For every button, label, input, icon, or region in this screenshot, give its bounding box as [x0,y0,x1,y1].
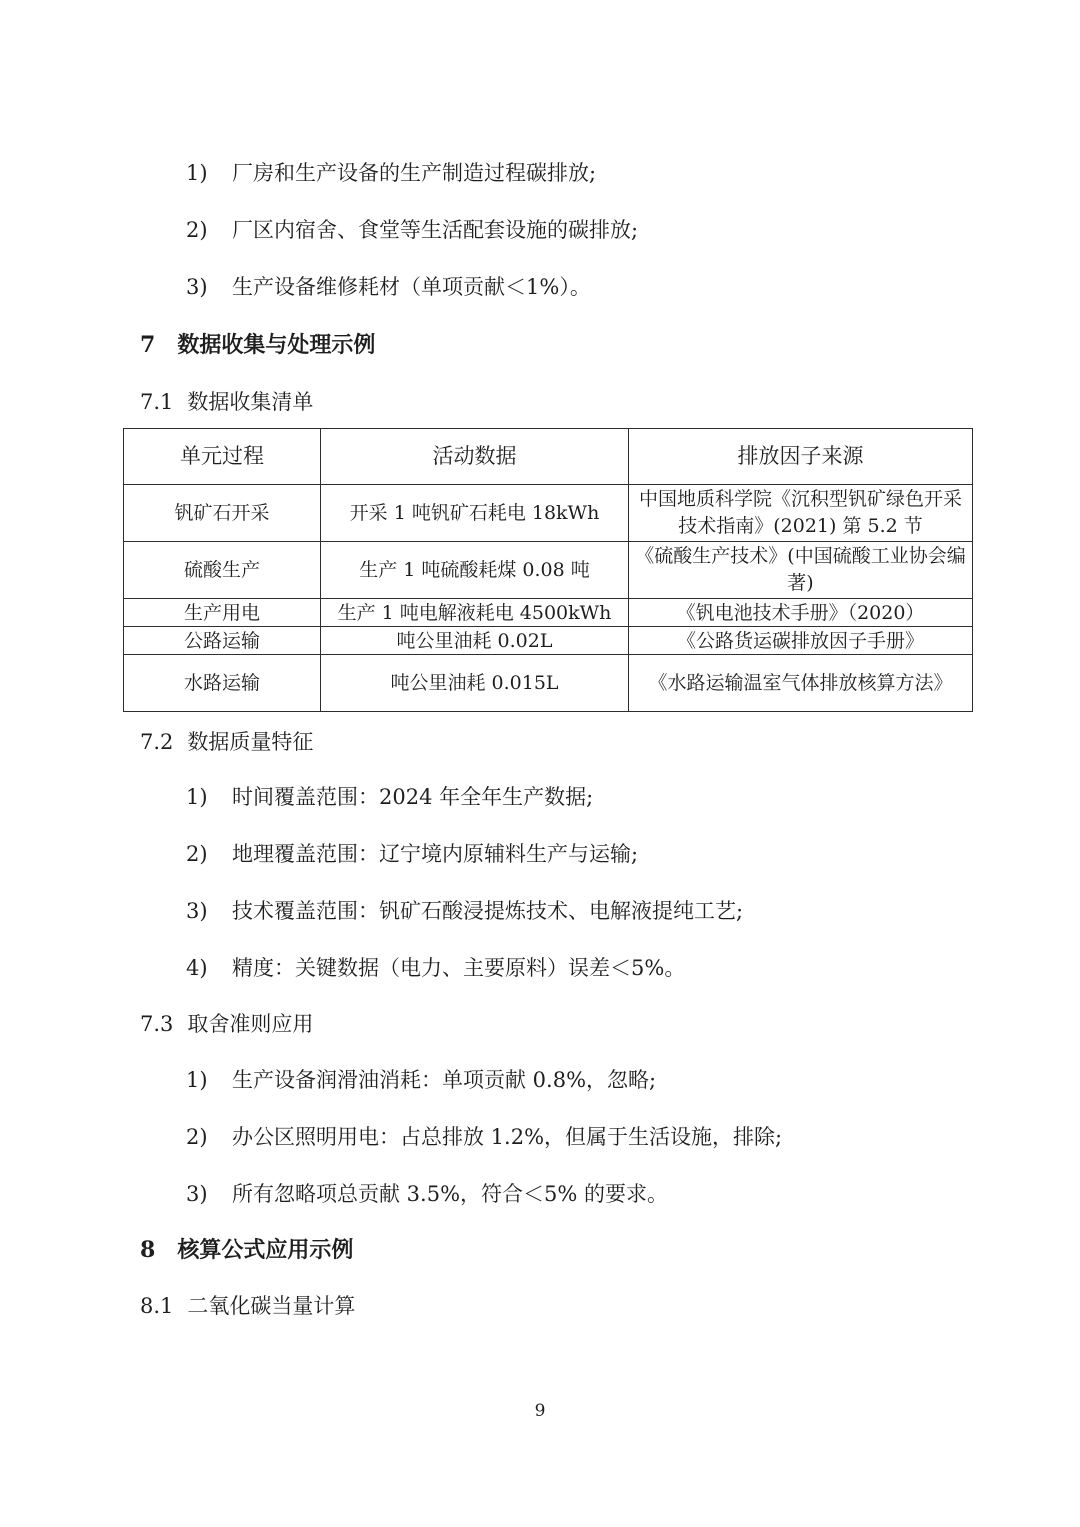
list-item: 2) 厂区内宿舍、食堂等生活配套设施的碳排放; [186,217,990,243]
list-item: 1) 时间覆盖范围：2024 年全年生产数据; [186,784,990,810]
table-cell: 吨公里油耗 0.02L [321,627,629,655]
list-item-text: 厂区内宿舍、食堂等生活配套设施的碳排放; [232,217,638,243]
table-cell: 生产 1 吨电解液耗电 4500kWh [321,599,629,627]
list-item: 4) 精度：关键数据（电力、主要原料）误差＜5%。 [186,955,990,981]
page-number: 9 [0,1400,1080,1422]
table-cell: 钒矿石开采 [124,485,321,542]
table-cell: 硫酸生产 [124,542,321,599]
list-item-number: 1) [186,160,232,186]
table-header-cell: 排放因子来源 [629,429,973,485]
list-item: 3) 生产设备维修耗材（单项贡献＜1%）。 [186,274,990,300]
list-item-number: 1) [186,1067,232,1093]
list-item-number: 2) [186,217,232,243]
list-item: 1) 厂房和生产设备的生产制造过程碳排放; [186,160,990,186]
table-cell: 开采 1 吨钒矿石耗电 18kWh [321,485,629,542]
table-cell: 《公路货运碳排放因子手册》 [629,627,973,655]
list-item-text: 精度：关键数据（电力、主要原料）误差＜5%。 [232,955,685,981]
table-row: 硫酸生产 生产 1 吨硫酸耗煤 0.08 吨 《硫酸生产技术》(中国硫酸工业协会… [124,542,973,599]
list-item: 3) 所有忽略项总贡献 3.5%，符合＜5% 的要求。 [186,1181,990,1207]
section-number: 7.1 [140,390,173,414]
list-item-text: 技术覆盖范围：钒矿石酸浸提炼技术、电解液提纯工艺; [232,898,743,924]
list-item-number: 3) [186,274,232,300]
table-row: 水路运输 吨公里油耗 0.015L 《水路运输温室气体排放核算方法》 [124,655,973,712]
list-item-text: 时间覆盖范围：2024 年全年生产数据; [232,784,593,810]
section-7-heading: 7数据收集与处理示例 [140,331,1080,359]
document-page: 1) 厂房和生产设备的生产制造过程碳排放; 2) 厂区内宿舍、食堂等生活配套设施… [0,0,1080,1527]
table-cell: 生产用电 [124,599,321,627]
list-item: 3) 技术覆盖范围：钒矿石酸浸提炼技术、电解液提纯工艺; [186,898,990,924]
list-item: 2) 地理覆盖范围：辽宁境内原辅料生产与运输; [186,841,990,867]
table-row: 钒矿石开采 开采 1 吨钒矿石耗电 18kWh 中国地质科学院《沉积型钒矿绿色开… [124,485,973,542]
list-item: 2) 办公区照明用电：占总排放 1.2%，但属于生活设施，排除; [186,1124,990,1150]
table-header-row: 单元过程 活动数据 排放因子来源 [124,429,973,485]
list-item-number: 4) [186,955,232,981]
list-item-number: 2) [186,1124,232,1150]
section-title: 数据质量特征 [187,730,313,754]
section-7-1-heading: 7.1数据收集清单 [140,389,1080,415]
list-item-text: 办公区照明用电：占总排放 1.2%，但属于生活设施，排除; [232,1124,782,1150]
list-item-text: 生产设备维修耗材（单项贡献＜1%）。 [232,274,591,300]
data-collection-table: 单元过程 活动数据 排放因子来源 钒矿石开采 开采 1 吨钒矿石耗电 18kWh… [123,428,973,712]
list-item-text: 所有忽略项总贡献 3.5%，符合＜5% 的要求。 [232,1181,668,1207]
section-number: 7 [140,332,155,358]
section-number: 7.3 [140,1012,173,1036]
list-item: 1) 生产设备润滑油消耗：单项贡献 0.8%，忽略; [186,1067,990,1093]
section-8-1-heading: 8.1二氧化碳当量计算 [140,1293,1080,1319]
section-8-heading: 8核算公式应用示例 [140,1236,1080,1264]
list-item-number: 3) [186,898,232,924]
section-7-3-heading: 7.3取舍准则应用 [140,1011,1080,1037]
table-cell: 中国地质科学院《沉积型钒矿绿色开采技术指南》(2021) 第 5.2 节 [629,485,973,542]
table-cell: 《硫酸生产技术》(中国硫酸工业协会编著) [629,542,973,599]
table-header-cell: 活动数据 [321,429,629,485]
section-7-2-heading: 7.2数据质量特征 [140,729,1080,755]
section-title: 数据收集清单 [187,390,313,414]
section-title: 取舍准则应用 [187,1012,313,1036]
list-item-number: 1) [186,784,232,810]
section-number: 8 [140,1237,155,1263]
table-cell: 生产 1 吨硫酸耗煤 0.08 吨 [321,542,629,599]
table-cell: 吨公里油耗 0.015L [321,655,629,712]
section-title: 二氧化碳当量计算 [187,1294,355,1318]
table-cell: 公路运输 [124,627,321,655]
list-item-text: 厂房和生产设备的生产制造过程碳排放; [232,160,596,186]
list-item-number: 3) [186,1181,232,1207]
section-number: 7.2 [140,730,173,754]
table-cell: 《水路运输温室气体排放核算方法》 [629,655,973,712]
list-item-number: 2) [186,841,232,867]
list-item-text: 地理覆盖范围：辽宁境内原辅料生产与运输; [232,841,638,867]
table-cell: 《钒电池技术手册》（2020） [629,599,973,627]
table-row: 生产用电 生产 1 吨电解液耗电 4500kWh 《钒电池技术手册》（2020） [124,599,973,627]
table-cell: 水路运输 [124,655,321,712]
section-title: 数据收集与处理示例 [177,332,375,358]
list-item-text: 生产设备润滑油消耗：单项贡献 0.8%，忽略; [232,1067,656,1093]
section-title: 核算公式应用示例 [177,1237,353,1263]
table-header-cell: 单元过程 [124,429,321,485]
section-number: 8.1 [140,1294,173,1318]
table-row: 公路运输 吨公里油耗 0.02L 《公路货运碳排放因子手册》 [124,627,973,655]
